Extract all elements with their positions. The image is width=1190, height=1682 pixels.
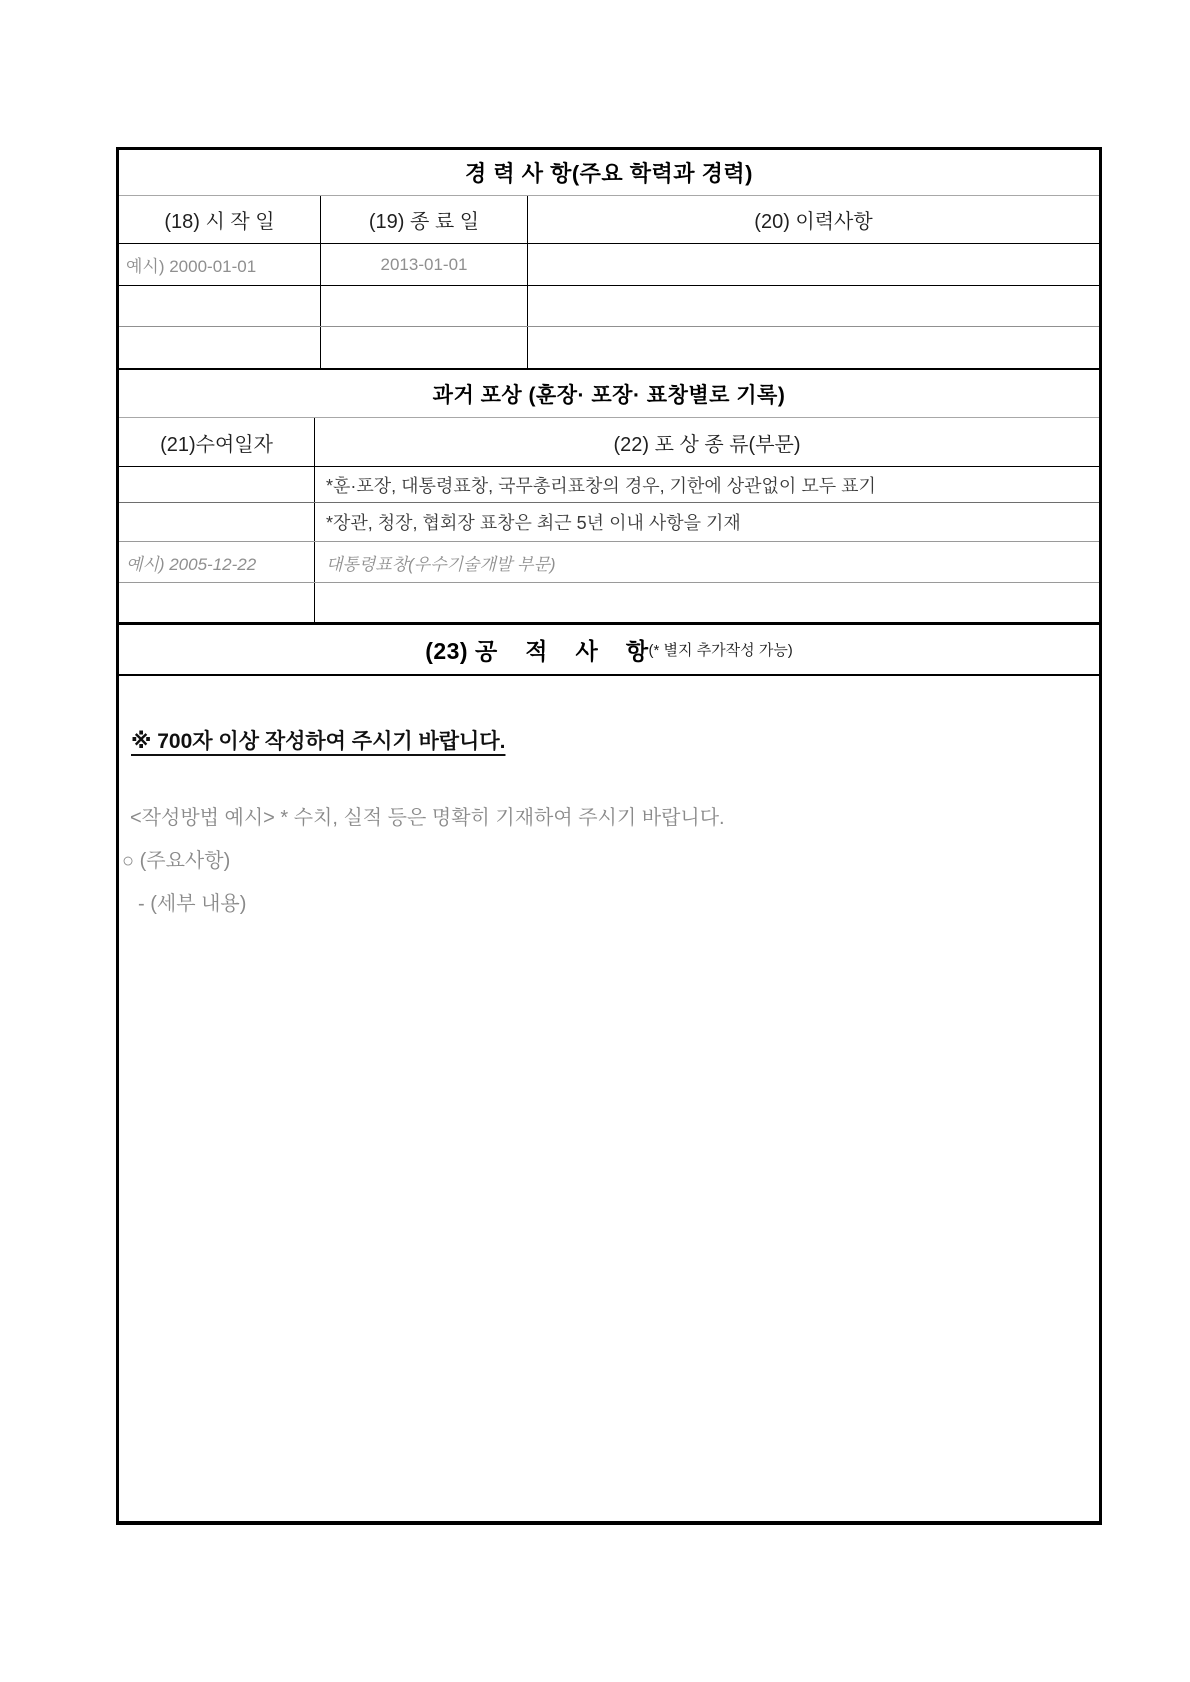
merit-notice: ※ 700자 이상 작성하여 주시기 바랍니다. [131, 725, 505, 755]
col-header-end-date: (19) 종 료 일 [321, 196, 528, 243]
awards-section-title: 과거 포상 (훈장· 포장· 표창별로 기록) [433, 379, 786, 409]
start-date-input-cell[interactable] [119, 327, 321, 368]
merit-content-area[interactable]: ※ 700자 이상 작성하여 주시기 바랍니다. <작성방법 예시> * 수치,… [119, 674, 1099, 1521]
history-input-cell[interactable] [528, 327, 1099, 368]
awards-note-row: *훈·포장, 대통령표창, 국무총리표창의 경우, 기한에 상관없이 모두 표기 [119, 466, 1099, 502]
awards-note-2: *장관, 청장, 협회장 표창은 최근 5년 이내 사항을 기재 [315, 503, 1099, 541]
merit-section-subtitle: (* 별지 추가작성 가능) [649, 639, 793, 660]
career-section-title: 경 력 사 항(주요 학력과 경력) [465, 157, 753, 188]
awards-row-example: 예시) 2005-12-22 대통령표창(우수기술개발 부문) [119, 541, 1099, 582]
career-row-example: 예시) 2000-01-01 2013-01-01 [119, 243, 1099, 285]
col-header-award-date: (21)수여일자 [119, 418, 315, 466]
col-header-start-date: (18) 시 작 일 [119, 196, 321, 243]
award-date-input-cell[interactable] [119, 583, 315, 622]
awards-row-empty [119, 582, 1099, 622]
award-type-input-cell[interactable] [315, 583, 1099, 622]
history-input-cell[interactable] [528, 286, 1099, 326]
merit-title-row: (23) 공 적 사 항(* 별지 추가작성 가능) [119, 622, 1099, 674]
career-title-row: 경 력 사 항(주요 학력과 경력) [119, 150, 1099, 195]
awards-title-row: 과거 포상 (훈장· 포장· 표창별로 기록) [119, 368, 1099, 417]
end-date-input-cell[interactable] [321, 327, 528, 368]
awards-note-row: *장관, 청장, 협회장 표창은 최근 5년 이내 사항을 기재 [119, 502, 1099, 541]
end-date-input-cell[interactable] [321, 286, 528, 326]
award-type-example-cell: 대통령표창(우수기술개발 부문) [315, 542, 1099, 582]
end-date-example-cell: 2013-01-01 [321, 244, 528, 285]
history-example-cell[interactable] [528, 244, 1099, 285]
award-date-example-cell: 예시) 2005-12-22 [119, 542, 315, 582]
merit-guide: <작성방법 예시> * 수치, 실적 등은 명확히 기재하여 주시기 바랍니다. [130, 801, 1099, 830]
career-form-table: 경 력 사 항(주요 학력과 경력) (18) 시 작 일 (19) 종 료 일… [116, 147, 1102, 1525]
career-header-row: (18) 시 작 일 (19) 종 료 일 (20) 이력사항 [119, 195, 1099, 243]
awards-note-1: *훈·포장, 대통령표창, 국무총리표창의 경우, 기한에 상관없이 모두 표기 [315, 467, 1099, 502]
col-header-award-type: (22) 포 상 종 류(부문) [315, 418, 1099, 466]
merit-bullet-main: ○ (주요사항) [122, 844, 1099, 873]
career-row-empty [119, 285, 1099, 326]
awards-header-row: (21)수여일자 (22) 포 상 종 류(부문) [119, 417, 1099, 466]
merit-section-title: (23) 공 적 사 항 [425, 633, 648, 666]
award-date-input-cell[interactable] [119, 467, 315, 502]
document-page: 경 력 사 항(주요 학력과 경력) (18) 시 작 일 (19) 종 료 일… [0, 0, 1190, 1682]
start-date-example-cell: 예시) 2000-01-01 [119, 244, 321, 285]
merit-bullet-sub: - (세부 내용) [138, 887, 1099, 916]
start-date-input-cell[interactable] [119, 286, 321, 326]
career-row-empty [119, 326, 1099, 368]
col-header-history: (20) 이력사항 [528, 196, 1099, 243]
award-date-input-cell[interactable] [119, 503, 315, 541]
